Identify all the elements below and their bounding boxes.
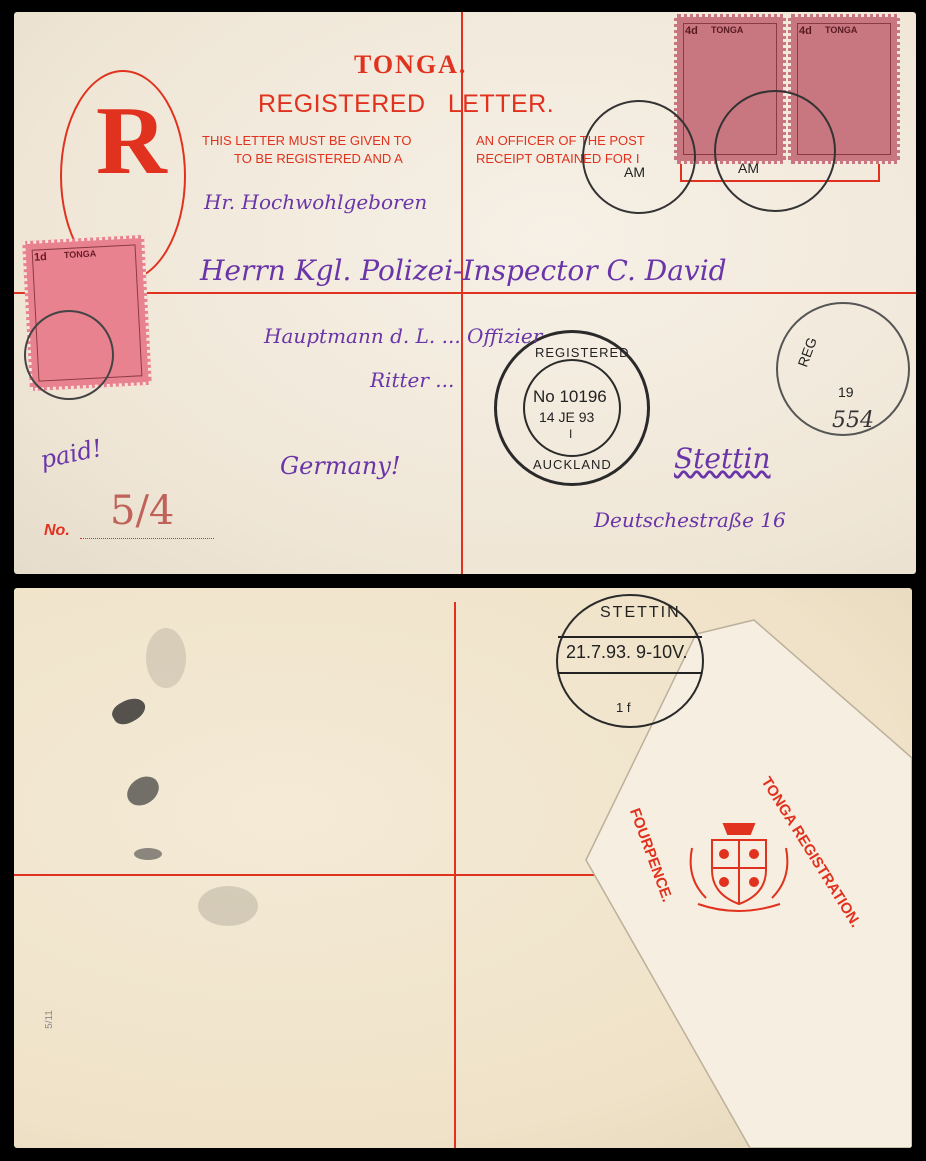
postmark-inner-ring xyxy=(523,359,621,457)
postmark-top-text: REGISTERED xyxy=(535,345,630,360)
instruction-line1-left: THIS LETTER MUST BE GIVEN TO xyxy=(202,133,412,148)
stamp-denomination: 4d xyxy=(685,25,698,37)
smudge xyxy=(146,628,186,688)
number-dotted-line xyxy=(80,538,214,539)
pencil-note: 554 xyxy=(832,408,874,433)
postmark-date: 21.7.93. 9-10V. xyxy=(566,642,687,663)
address-country: Germany! xyxy=(280,452,401,480)
address-line-3: Hauptmann d. L. ... Offizier xyxy=(264,324,542,348)
envelope-back: STETTIN 21.7.93. 9-10V. 1 f FOURPENCE. T… xyxy=(14,588,912,1148)
instruction-line2-left: TO BE REGISTERED AND A xyxy=(234,151,403,166)
address-line-2: Herrn Kgl. Polizei-Inspector C. David xyxy=(200,254,727,287)
ink-smudge xyxy=(134,848,162,860)
registered-letter-heading: REGISTERED LETTER. xyxy=(258,90,554,119)
country-title: TONGA. xyxy=(354,50,467,80)
registration-number: No 10196 xyxy=(533,387,607,407)
paid-note: paid! xyxy=(38,434,105,474)
auckland-registered-postmark: REGISTERED No 10196 14 JE 93 I AUCKLAND xyxy=(494,330,650,486)
pencil-note: 5/11 xyxy=(44,1010,55,1029)
envelope-front: R TONGA. REGISTERED LETTER. THIS LETTER … xyxy=(14,12,916,574)
tonga-postmark-3 xyxy=(24,310,114,400)
address-line-4: Ritter ... xyxy=(370,368,454,392)
tonga-postmark-1: AM xyxy=(582,100,696,214)
number-label: No. xyxy=(44,522,70,540)
tonga-postmark-2: AM xyxy=(714,90,836,212)
postmark-date: 14 JE 93 xyxy=(539,409,594,425)
postmark-text: REG xyxy=(794,335,819,369)
postmark-bottom-text: 1 f xyxy=(616,700,630,715)
stamp-denomination: 1d xyxy=(34,251,47,264)
stamp-inscription: TONGA xyxy=(825,25,857,35)
stamp-inscription: TONGA xyxy=(711,25,743,35)
stettin-arrival-postmark: STETTIN 21.7.93. 9-10V. 1 f xyxy=(556,594,704,728)
stamp-box-right xyxy=(878,164,880,182)
registration-mark: R xyxy=(96,92,167,190)
postmark-text: AM xyxy=(738,160,759,176)
postmark-bottom-text: AUCKLAND xyxy=(533,457,612,472)
address-street: Deutschestraße 16 xyxy=(594,508,786,532)
smudge xyxy=(198,886,258,926)
stamp-denomination: 4d xyxy=(799,25,812,37)
horizontal-red-line xyxy=(14,292,916,294)
postmark-code: I xyxy=(569,427,572,441)
postmark-text: AM xyxy=(624,164,645,180)
address-city: Stettin xyxy=(674,442,771,475)
coat-of-arms-icon xyxy=(684,818,794,914)
stamp-inscription: TONGA xyxy=(64,248,97,260)
address-line-1: Hr. Hochwohlgeboren xyxy=(204,190,427,214)
handwritten-number: 5/4 xyxy=(110,488,174,534)
postmark-top-text: STETTIN xyxy=(600,604,681,622)
postmark-date: 19 xyxy=(838,384,854,400)
